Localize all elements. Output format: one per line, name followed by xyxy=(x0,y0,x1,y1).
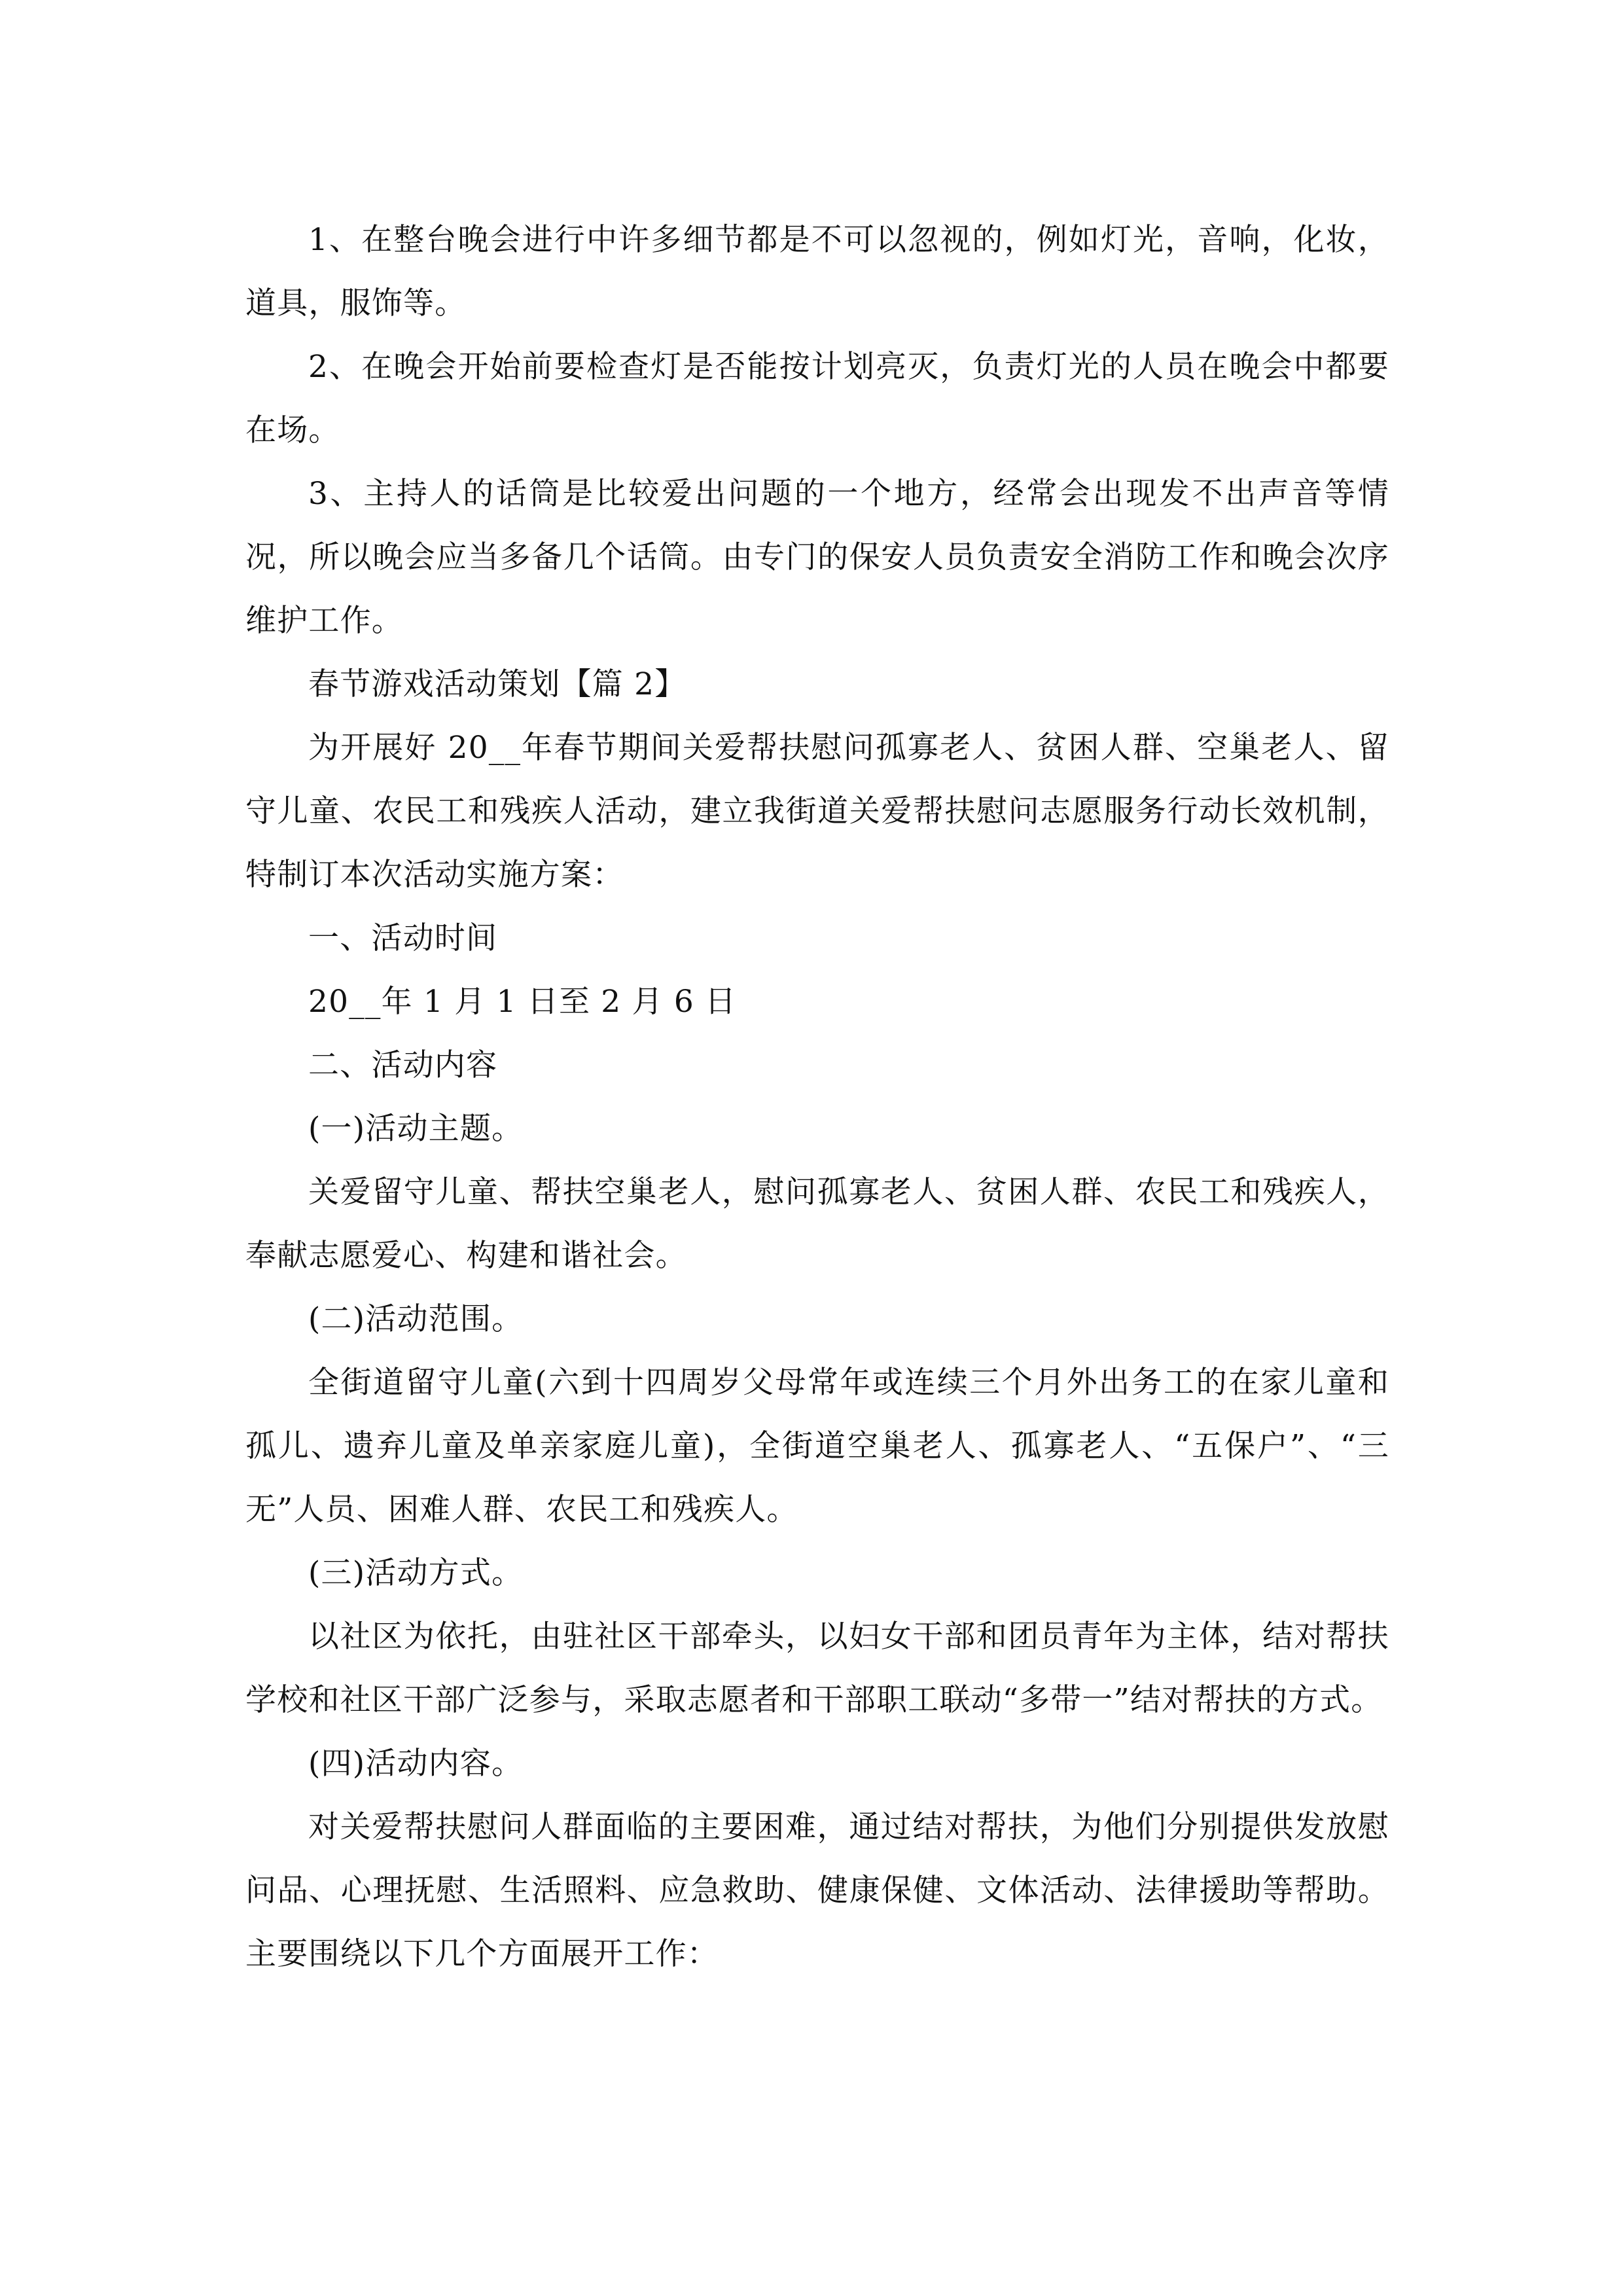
paragraph-item-2: 2、在晚会开始前要检查灯是否能按计划亮灭，负责灯光的人员在晚会中都要在场。 xyxy=(245,335,1389,462)
heading-activity-content: 二、活动内容 xyxy=(245,1033,1389,1097)
subheading-theme: (一)活动主题。 xyxy=(245,1097,1389,1160)
subheading-content: (四)活动内容。 xyxy=(245,1732,1389,1795)
heading-activity-time: 一、活动时间 xyxy=(245,906,1389,970)
theme-paragraph: 关爱留守儿童、帮扶空巢老人，慰问孤寡老人、贫困人群、农民工和残疾人，奉献志愿爱心… xyxy=(245,1160,1389,1287)
subheading-scope: (二)活动范围。 xyxy=(245,1287,1389,1351)
content-paragraph: 对关爱帮扶慰问人群面临的主要困难，通过结对帮扶，为他们分别提供发放慰问品、心理抚… xyxy=(245,1795,1389,1986)
paragraph-item-3: 3、主持人的话筒是比较爱出问题的一个地方，经常会出现发不出声音等情况，所以晚会应… xyxy=(245,462,1389,653)
method-paragraph: 以社区为依托，由驻社区干部牵头，以妇女干部和团员青年为主体，结对帮扶学校和社区干… xyxy=(245,1605,1389,1732)
scope-paragraph: 全街道留守儿童(六到十四周岁父母常年或连续三个月外出务工的在家儿童和孤儿、遗弃儿… xyxy=(245,1351,1389,1541)
intro-paragraph: 为开展好 20__年春节期间关爱帮扶慰问孤寡老人、贫困人群、空巢老人、留守儿童、… xyxy=(245,716,1389,906)
activity-date-range: 20__年 1 月 1 日至 2 月 6 日 xyxy=(245,970,1389,1033)
subheading-method: (三)活动方式。 xyxy=(245,1541,1389,1605)
document-page: 1、在整台晚会进行中许多细节都是不可以忽视的，例如灯光，音响，化妆，道具，服饰等… xyxy=(245,208,1389,1986)
paragraph-item-1: 1、在整台晚会进行中许多细节都是不可以忽视的，例如灯光，音响，化妆，道具，服饰等… xyxy=(245,208,1389,335)
section-title: 春节游戏活动策划【篇 2】 xyxy=(245,653,1389,716)
